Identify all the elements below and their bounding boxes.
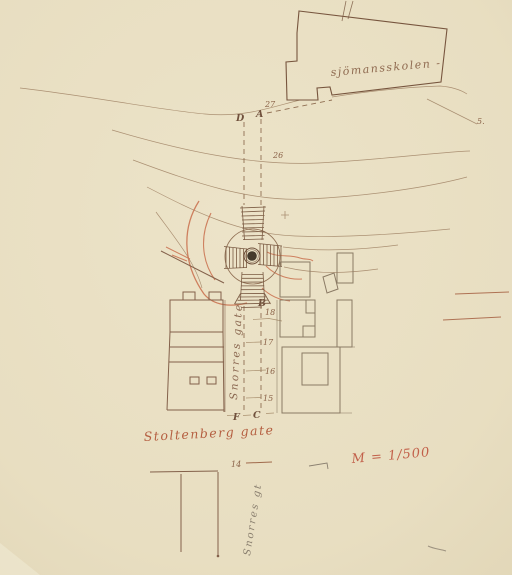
- number-14: 14: [231, 460, 241, 469]
- number-26: 26: [272, 151, 283, 160]
- scanned-site-plan: sjömansskolen - D A B F C 27 26 18 17 16…: [0, 0, 512, 575]
- survey-point-d: D: [235, 113, 245, 124]
- number-15: 15: [263, 394, 273, 403]
- number-16: 16: [265, 367, 275, 376]
- survey-point-a: A: [255, 109, 263, 120]
- plan-drawing-canvas: sjömansskolen - D A B F C 27 26 18 17 16…: [0, 0, 512, 575]
- survey-point-c: C: [253, 410, 261, 421]
- number-27: 27: [264, 100, 276, 109]
- number-5: 5.: [477, 117, 485, 126]
- number-17: 17: [263, 338, 274, 347]
- survey-point-f: F: [232, 412, 241, 423]
- number-18: 18: [265, 308, 275, 317]
